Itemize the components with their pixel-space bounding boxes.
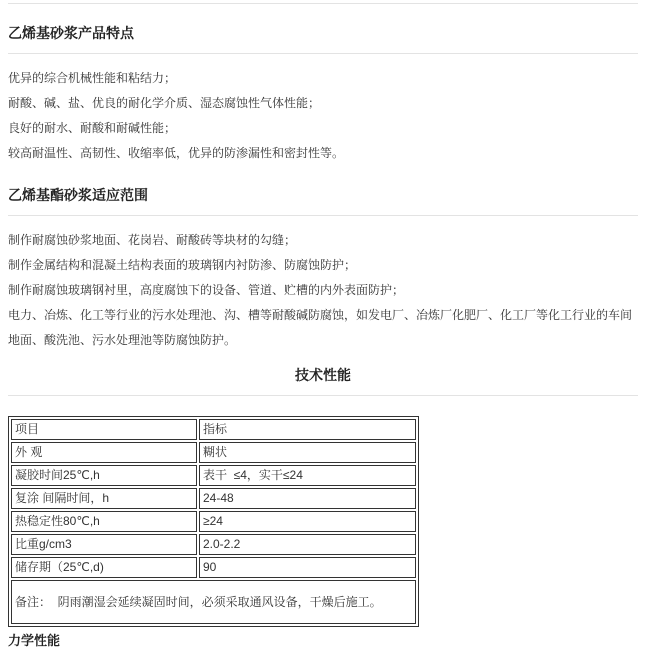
row-value: 2.0-2.2 xyxy=(199,534,416,555)
paragraph: 制作耐腐蚀砂浆地面、花岗岩、耐酸砖等块材的勾缝； xyxy=(8,228,638,253)
document-page: 乙烯基砂浆产品特点 优异的综合机械性能和粘结力； 耐酸、碱、盐、优良的耐化学介质… xyxy=(0,3,646,648)
row-label: 热稳定性80℃,h xyxy=(11,511,197,532)
row-value: ≥24 xyxy=(199,511,416,532)
section-heading-application-scope: 乙烯基酯砂浆适应范围 xyxy=(8,166,638,216)
table-row: 储存期（25℃,d) 90 xyxy=(11,557,416,578)
column-header-index: 指标 xyxy=(199,419,416,440)
paragraph: 优异的综合机械性能和粘结力； xyxy=(8,66,638,91)
table-header-row: 项目 指标 xyxy=(11,419,416,440)
paragraph: 制作耐腐蚀玻璃钢衬里，高度腐蚀下的设备、管道、贮槽的内外表面防护； xyxy=(8,278,638,303)
section-heading-product-features: 乙烯基砂浆产品特点 xyxy=(8,4,638,54)
application-scope-paragraphs: 制作耐腐蚀砂浆地面、花岗岩、耐酸砖等块材的勾缝； 制作金属结构和混凝土结构表面的… xyxy=(8,216,638,353)
row-value: 24-48 xyxy=(199,488,416,509)
column-header-item: 项目 xyxy=(11,419,197,440)
row-label: 凝胶时间25℃,h xyxy=(11,465,197,486)
table-row: 复涂 间隔时间，h 24-48 xyxy=(11,488,416,509)
table-row: 热稳定性80℃,h ≥24 xyxy=(11,511,416,532)
table-note-row: 备注： 阴雨潮湿会延续凝固时间，必须采取通风设备，干燥后施工。 xyxy=(11,580,416,624)
paragraph: 电力、冶炼、化工等行业的污水处理池、沟、槽等耐酸碱防腐蚀，如发电厂、冶炼厂化肥厂… xyxy=(8,303,638,353)
section-heading-mechanical-properties: 力学性能 xyxy=(8,627,638,648)
table-row: 凝胶时间25℃,h 表干 ≤4，实干≤24 xyxy=(11,465,416,486)
row-label: 比重g/cm3 xyxy=(11,534,197,555)
technical-performance-table: 项目 指标 外 观 糊状 凝胶时间25℃,h 表干 ≤4，实干≤24 复涂 间隔… xyxy=(8,416,419,627)
table-row: 外 观 糊状 xyxy=(11,442,416,463)
row-label: 储存期（25℃,d) xyxy=(11,557,197,578)
paragraph: 良好的耐水、耐酸和耐碱性能； xyxy=(8,116,638,141)
row-value: 表干 ≤4，实干≤24 xyxy=(199,465,416,486)
row-label: 外 观 xyxy=(11,442,197,463)
product-features-paragraphs: 优异的综合机械性能和粘结力； 耐酸、碱、盐、优良的耐化学介质、湿态腐蚀性气体性能… xyxy=(8,54,638,166)
row-value: 糊状 xyxy=(199,442,416,463)
row-label: 复涂 间隔时间，h xyxy=(11,488,197,509)
section-heading-technical-performance: 技术性能 xyxy=(8,353,638,396)
table-remark: 备注： 阴雨潮湿会延续凝固时间，必须采取通风设备，干燥后施工。 xyxy=(11,580,416,624)
paragraph: 制作金属结构和混凝土结构表面的玻璃钢内衬防渗、防腐蚀防护； xyxy=(8,253,638,278)
paragraph: 耐酸、碱、盐、优良的耐化学介质、湿态腐蚀性气体性能； xyxy=(8,91,638,116)
table-row: 比重g/cm3 2.0-2.2 xyxy=(11,534,416,555)
row-value: 90 xyxy=(199,557,416,578)
paragraph: 较高耐温性、高韧性、收缩率低，优异的防渗漏性和密封性等。 xyxy=(8,141,638,166)
